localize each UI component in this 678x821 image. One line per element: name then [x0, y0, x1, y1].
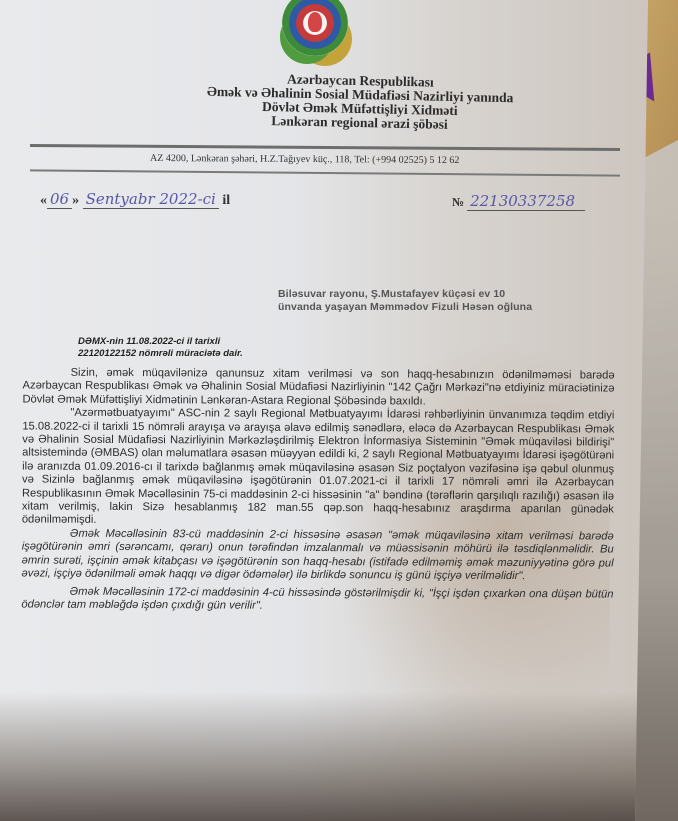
date-day: 06	[47, 190, 72, 209]
number-value: 22130337258	[467, 192, 585, 211]
recipient-line-1: Biləsuvar rayonu, Ş.Mustafayev küçəsi ev…	[278, 288, 532, 301]
state-emblem-icon	[282, 0, 348, 56]
subject-line-1: DƏMX-nin 11.08.2022-ci il tarixli	[78, 336, 243, 348]
subject-block: DƏMX-nin 11.08.2022-ci il tarixli 221201…	[78, 336, 243, 360]
office-address: AZ 4200, Lənkəran şəhəri, H.Z.Tağıyev kü…	[150, 153, 460, 166]
date-suffix: il	[222, 193, 230, 208]
header-divider-top	[30, 144, 620, 151]
letter-body: Sizin, əmək müqaviləniz​ə qanunsuz xitam…	[21, 366, 614, 614]
number-prefix: №	[452, 195, 464, 209]
body-paragraph-1: Sizin, əmək müqaviləniz​ə qanunsuz xitam…	[22, 366, 614, 409]
subject-line-2: 22120122152 nömrəli müraciətə dair.	[78, 348, 243, 360]
header-divider-bottom	[30, 169, 620, 176]
body-paragraph-3: Əmək Məcəlləsinin 83-cü maddəsinin 2-ci …	[22, 527, 614, 584]
letter-page: Azərbaycan Respublikası Əmək və Əhalinin…	[0, 0, 648, 821]
letterhead: Azərbaycan Respublikası Əmək və Əhalinin…	[149, 70, 570, 135]
flame-icon	[308, 12, 322, 32]
letter-number: № 22130337258	[452, 192, 585, 210]
letter-date: «06» Sentyabr 2022-ci il	[40, 190, 230, 209]
recipient-line-2: ünvanda yaşayan Məmmədov Fizuli Həsən oğ…	[278, 301, 532, 314]
body-paragraph-2: "Azərmətbuatyayımı" ASC-nin 2 saylı Regi…	[22, 407, 615, 531]
date-month-year: Sentyabr 2022-ci	[83, 190, 219, 209]
body-paragraph-4: Əmək Məcəlləsinin 172-ci maddəsinin 4-cü…	[21, 585, 613, 615]
recipient-block: Biləsuvar rayonu, Ş.Mustafayev küçəsi ev…	[278, 288, 532, 314]
